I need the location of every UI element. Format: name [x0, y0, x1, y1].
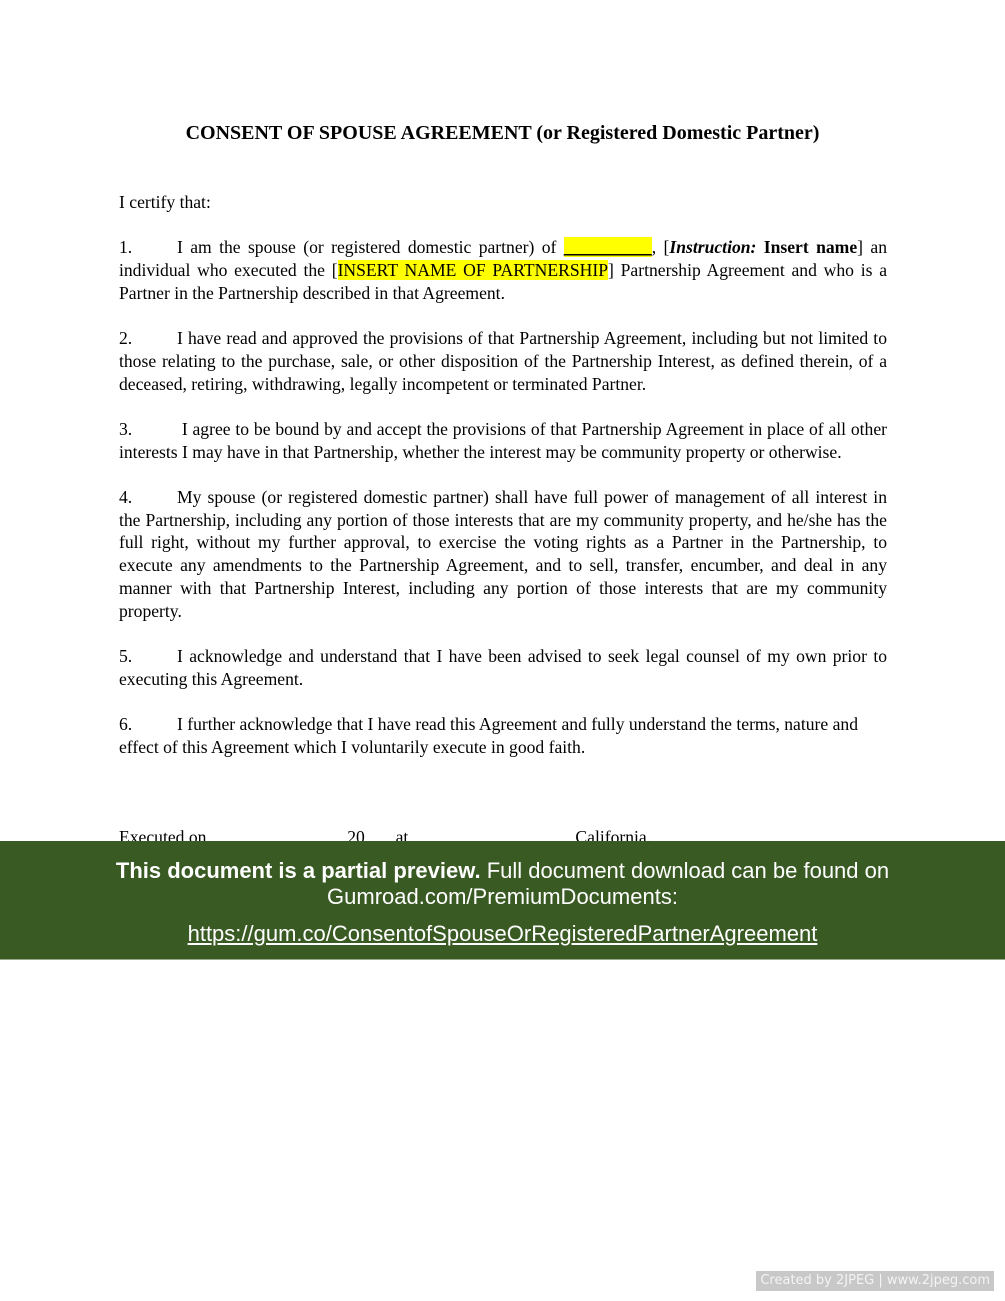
banner-bold-text: This document is a partial preview.	[116, 858, 481, 883]
intro-text: I certify that:	[119, 191, 887, 214]
banner-line-2: Gumroad.com/PremiumDocuments:	[0, 884, 1005, 910]
paragraph-2: 2.I have read and approved the provision…	[119, 327, 887, 395]
paragraph-number: 5.	[119, 645, 177, 668]
paragraph-text: I acknowledge and understand that I have…	[119, 646, 887, 689]
document-page: CONSENT OF SPOUSE AGREEMENT (or Register…	[0, 0, 1005, 1301]
banner-line-1: This document is a partial preview. Full…	[0, 858, 1005, 884]
spouse-name-blank[interactable]: __________	[564, 237, 652, 257]
paragraph-text: I agree to be bound by and accept the pr…	[119, 419, 887, 462]
paragraph-number: 1.	[119, 236, 177, 259]
paragraph-6: 6.I further acknowledge that I have read…	[119, 713, 887, 758]
document-title: CONSENT OF SPOUSE AGREEMENT (or Register…	[0, 120, 1005, 146]
paragraph-text: I have read and approved the provisions …	[119, 328, 887, 393]
paragraph-4: 4.My spouse (or registered domestic part…	[119, 486, 887, 622]
paragraph-text: My spouse (or registered domestic partne…	[119, 487, 887, 621]
paragraph-text: I further acknowledge that I have read t…	[119, 714, 858, 757]
paragraph-3: 3. I agree to be bound by and accept the…	[119, 418, 887, 463]
preview-banner: This document is a partial preview. Full…	[0, 841, 1005, 960]
download-link[interactable]: https://gum.co/ConsentofSpouseOrRegister…	[188, 921, 818, 947]
instruction-text: Insert name	[756, 237, 857, 257]
paragraph-number: 4.	[119, 486, 177, 509]
paragraph-number: 6.	[119, 713, 177, 736]
paragraph-1: 1.I am the spouse (or registered domesti…	[119, 236, 887, 304]
paragraph-number: 2.	[119, 327, 177, 350]
paragraph-5: 5.I acknowledge and understand that I ha…	[119, 645, 887, 690]
paragraph-text: , [	[652, 237, 670, 257]
paragraph-text: I am the spouse (or registered domestic …	[177, 237, 564, 257]
paragraph-number: 3.	[119, 418, 177, 441]
watermark: Created by 2JPEG | www.2jpeg.com	[756, 1271, 994, 1291]
banner-text: Full document download can be found on	[481, 858, 890, 883]
instruction-label: Instruction:	[669, 237, 756, 257]
document-body: I certify that: 1.I am the spouse (or re…	[119, 191, 887, 781]
partnership-name-placeholder[interactable]: INSERT NAME OF PARTNERSHIP	[338, 260, 608, 280]
